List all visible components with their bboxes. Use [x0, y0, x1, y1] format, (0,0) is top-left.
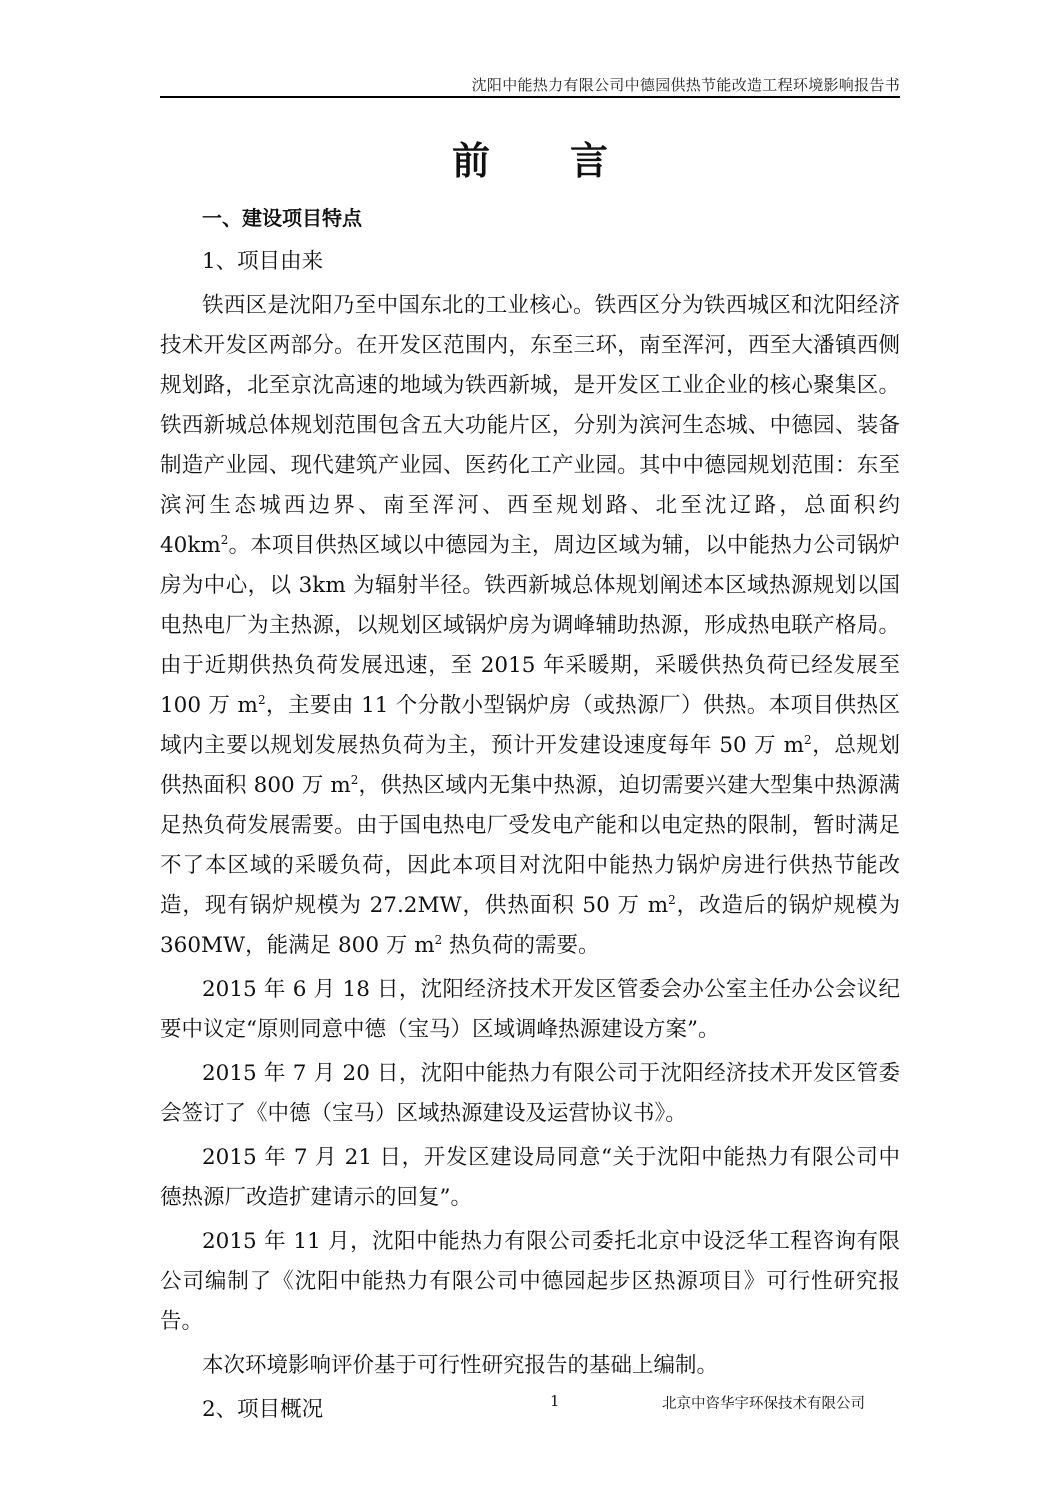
text-run: 。本项目供热区域以中德园为主，周边区域为辅，以中能热力公司锅炉房为中心，以 3k…: [160, 533, 900, 718]
paragraph-background: 铁西区是沈阳乃至中国东北的工业核心。铁西区分为铁西城区和沈阳经济技术开发区两部分…: [160, 286, 900, 966]
paragraph-feasibility-study: 2015 年 11 月，沈阳中能热力有限公司委托北京中设泛华工程咨询有限公司编制…: [160, 1222, 900, 1342]
page-title: 前言: [0, 130, 1060, 185]
title-char-2: 言: [570, 138, 608, 183]
paragraph-approval-reply: 2015 年 7 月 21 日，开发区建设局同意“关于沈阳中能热力有限公司中德热…: [160, 1138, 900, 1218]
paragraph-meeting-minutes: 2015 年 6 月 18 日，沈阳经济技术开发区管委会办公室主任办公会议纪要中…: [160, 970, 900, 1050]
title-char-1: 前: [452, 138, 490, 183]
text-run: 铁西区是沈阳乃至中国东北的工业核心。铁西区分为铁西城区和沈阳经济技术开发区两部分…: [160, 293, 900, 558]
superscript: 2: [804, 733, 812, 747]
subsection-heading-origin: 1、项目由来: [160, 242, 900, 282]
paragraph-eia-basis: 本次环境影响评价基于可行性研究报告的基础上编制。: [160, 1346, 900, 1386]
text-run: ，主要由 11 个分散小型锅炉房（或热源厂）供热。本项目供热区域内主要以规划发展…: [160, 693, 900, 758]
paragraph-agreement: 2015 年 7 月 20 日，沈阳中能热力有限公司于沈阳经济技术开发区管委会签…: [160, 1054, 900, 1134]
footer-company: 北京中咨华宇环保技术有限公司: [662, 1392, 865, 1413]
document-body: 一、建设项目特点 1、项目由来 铁西区是沈阳乃至中国东北的工业核心。铁西区分为铁…: [160, 198, 900, 1430]
header-divider: [160, 96, 900, 98]
superscript: 2: [668, 893, 676, 907]
page-number: 1: [550, 1392, 560, 1410]
superscript: 2: [258, 693, 266, 707]
running-header: 沈阳中能热力有限公司中德园供热节能改造工程环境影响报告书: [160, 74, 900, 95]
text-run: 热负荷的需要。: [442, 933, 599, 958]
section-heading: 一、建设项目特点: [160, 198, 900, 238]
